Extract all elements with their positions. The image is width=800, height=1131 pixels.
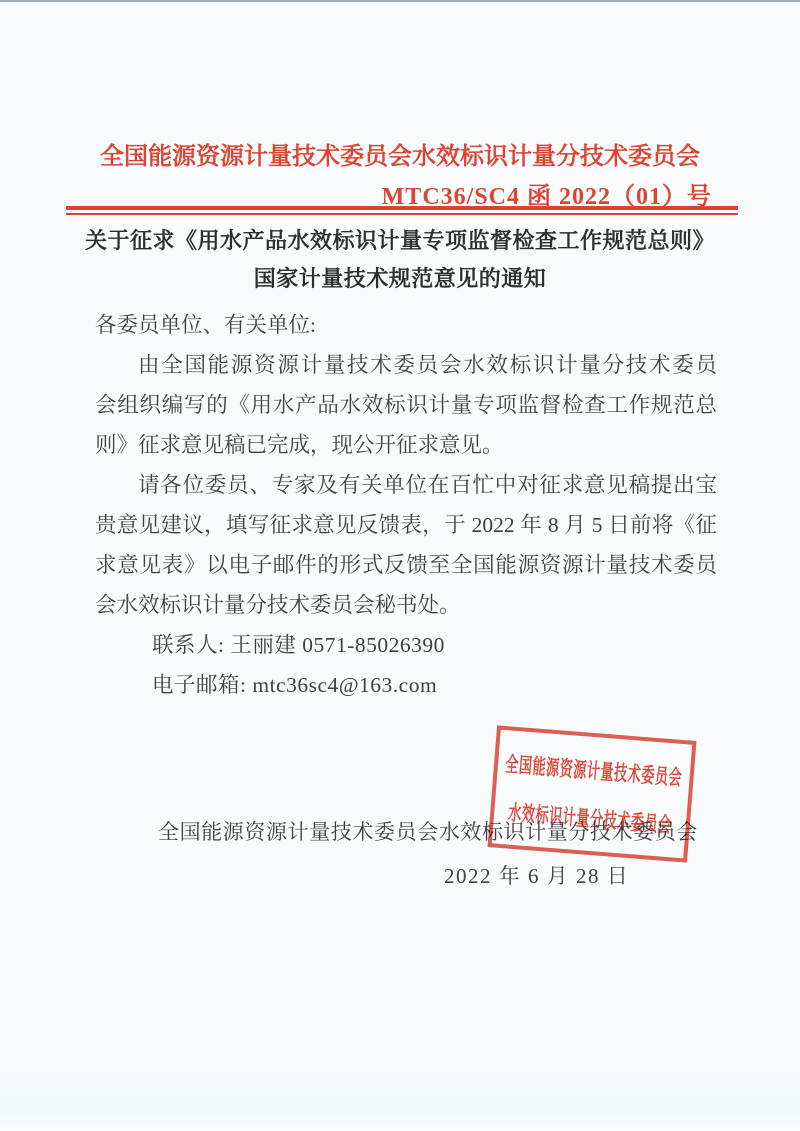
paragraph1-line: 会组织编写的《用水产品水效标识计量专项监督检查工作规范总 [95,385,717,425]
notice-title-line2: 国家计量技术规范意见的通知 [0,262,800,293]
contact-person-line: 联系人: 王丽建 0571-85026390 [95,625,717,665]
notice-title-line1: 关于征求《用水产品水效标识计量专项监督检查工作规范总则》 [0,224,800,255]
contact-email-line: 电子邮箱: mtc36sc4@163.com [95,665,717,705]
stamp-text-line1: 全国能源资源计量技术委员会 [504,748,683,792]
paragraph1-line: 则》征求意见稿已完成，现公开征求意见。 [95,425,717,465]
paragraph2-line: 请各位委员、专家及有关单位在百忙中对征求意见稿提出宝 [95,465,717,505]
paragraph2-line: 贵意见建议，填写征求意见反馈表，于 2022 年 8 月 5 日前将《征 [95,505,717,545]
signature-date: 2022 年 6 月 28 日 [444,860,629,890]
letterhead-divider-rule [66,206,738,215]
notice-body: 各委员单位、有关单位: 由全国能源资源计量技术委员会水效标识计量分技术委员 会组… [95,305,717,705]
paragraph2-line: 求意见表》以电子邮件的形式反馈至全国能源资源计量技术委员 [95,545,717,585]
scanned-document-page: 全国能源资源计量技术委员会水效标识计量分技术委员会 MTC36/SC4 函 20… [0,0,800,1131]
paragraph1-line: 由全国能源资源计量技术委员会水效标识计量分技术委员 [95,345,717,385]
paragraph2-line: 会水效标识计量分技术委员会秘书处。 [95,585,717,625]
scan-edge [0,0,800,2]
official-red-stamp: 全国能源资源计量技术委员会 水效标识计量分技术委员会 [488,725,697,862]
stamp-text-line2: 水效标识计量分技术委员会 [507,797,673,840]
salutation: 各委员单位、有关单位: [95,305,717,345]
letterhead-org-title: 全国能源资源计量技术委员会水效标识计量分技术委员会 [0,136,800,171]
